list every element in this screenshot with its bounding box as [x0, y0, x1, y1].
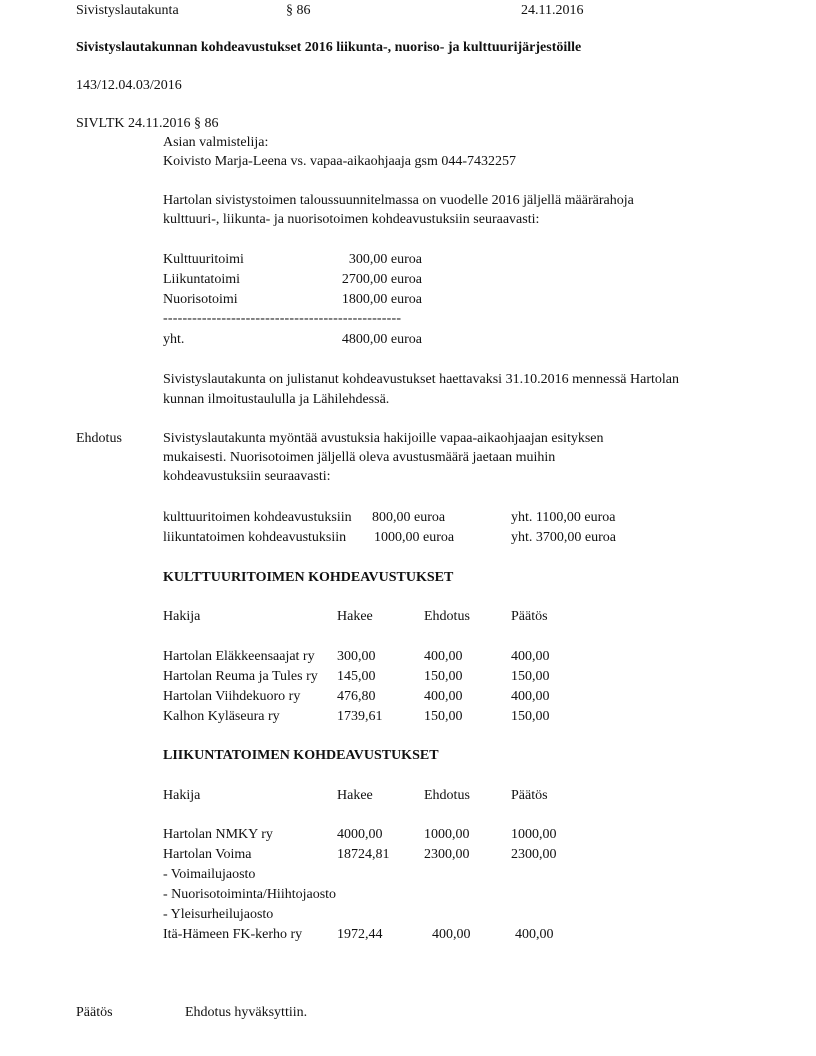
budget-amount: 1800,00 euroa	[300, 290, 422, 310]
column-header-proposal: Ehdotus	[424, 607, 470, 627]
intro-line-1: Hartolan sivistystoimen taloussuunnitelm…	[163, 191, 634, 211]
cell-proposal: 2300,00	[424, 845, 470, 865]
intro-line-2: kulttuuri-, liikunta- ja nuorisotoimen k…	[163, 210, 539, 230]
document-title: Sivistyslautakunnan kohdeavustukset 2016…	[76, 38, 581, 58]
cell-applicant: Hartolan Reuma ja Tules ry	[163, 667, 318, 687]
cell-applicant: Hartolan Eläkkeensaajat ry	[163, 647, 315, 667]
cell-decision: 400,00	[511, 647, 550, 667]
budget-total-amount: 4800,00 euroa	[300, 330, 422, 350]
cell-applicant: Hartolan NMKY ry	[163, 825, 273, 845]
allocation-total: yht. 1100,00 euroa	[511, 508, 615, 528]
announcement-line-2: kunnan ilmoitustaululla ja Lähilehdessä.	[163, 390, 389, 410]
header-date: 24.11.2016	[521, 1, 583, 21]
announcement-line-1: Sivistyslautakunta on julistanut kohdeav…	[163, 370, 679, 390]
cell-proposal: 150,00	[424, 667, 463, 687]
column-header-decision: Päätös	[511, 786, 548, 806]
culture-heading: KULTTUURITOIMEN KOHDEAVUSTUKSET	[163, 568, 453, 588]
cell-requested: 476,80	[337, 687, 376, 707]
allocation-target: liikuntatoimen kohdeavustuksiin	[163, 528, 346, 548]
sports-heading: LIIKUNTATOIMEN KOHDEAVUSTUKSET	[163, 746, 439, 766]
cell-decision: 400,00	[515, 925, 554, 945]
proposal-line-3: kohdeavustuksiin seuraavasti:	[163, 467, 331, 487]
proposal-line-2: mukaisesti. Nuorisotoimen jäljellä oleva…	[163, 448, 555, 468]
cell-proposal: 400,00	[424, 647, 463, 667]
allocation-amount: 800,00 euroa	[372, 508, 445, 528]
cell-requested: 1739,61	[337, 707, 383, 727]
diary-number: 143/12.04.03/2016	[76, 76, 182, 96]
column-header-requested: Hakee	[337, 786, 373, 806]
proposal-label: Ehdotus	[76, 429, 122, 449]
budget-label: Nuorisotoimi	[163, 290, 238, 310]
meeting-reference: SIVLTK 24.11.2016 § 86	[76, 114, 218, 134]
budget-label: Kulttuuritoimi	[163, 250, 244, 270]
budget-separator: ----------------------------------------…	[163, 309, 401, 329]
budget-total-label: yht.	[163, 330, 184, 350]
cell-decision: 1000,00	[511, 825, 557, 845]
column-header-decision: Päätös	[511, 607, 548, 627]
cell-applicant: Hartolan Voima	[163, 845, 252, 865]
cell-requested: 1972,44	[337, 925, 383, 945]
budget-amount: 2700,00 euroa	[300, 270, 422, 290]
allocation-target: kulttuuritoimen kohdeavustuksiin	[163, 508, 352, 528]
decision-label: Päätös	[76, 1003, 113, 1023]
cell-decision: 400,00	[511, 687, 550, 707]
cell-requested: 145,00	[337, 667, 376, 687]
column-header-applicant: Hakija	[163, 607, 200, 627]
sub-item: - Yleisurheilujaosto	[163, 905, 273, 925]
sub-item: - Nuorisotoiminta/Hiihtojaosto	[163, 885, 336, 905]
column-header-proposal: Ehdotus	[424, 786, 470, 806]
header-organ: Sivistyslautakunta	[76, 1, 179, 21]
cell-proposal: 1000,00	[424, 825, 470, 845]
preparer-name: Koivisto Marja-Leena vs. vapaa-aikaohjaa…	[163, 152, 516, 172]
allocation-amount: 1000,00 euroa	[374, 528, 454, 548]
cell-requested: 300,00	[337, 647, 376, 667]
column-header-applicant: Hakija	[163, 786, 200, 806]
header-section: § 86	[286, 1, 311, 21]
cell-decision: 2300,00	[511, 845, 557, 865]
proposal-line-1: Sivistyslautakunta myöntää avustuksia ha…	[163, 429, 604, 449]
allocation-total: yht. 3700,00 euroa	[511, 528, 616, 548]
cell-decision: 150,00	[511, 707, 550, 727]
column-header-requested: Hakee	[337, 607, 373, 627]
cell-applicant: Kalhon Kyläseura ry	[163, 707, 280, 727]
decision-text: Ehdotus hyväksyttiin.	[185, 1003, 307, 1023]
cell-proposal: 400,00	[424, 687, 463, 707]
cell-applicant: Itä-Hämeen FK-kerho ry	[163, 925, 302, 945]
preparer-label: Asian valmistelija:	[163, 133, 268, 153]
cell-requested: 18724,81	[337, 845, 390, 865]
budget-label: Liikuntatoimi	[163, 270, 240, 290]
cell-applicant: Hartolan Viihdekuoro ry	[163, 687, 300, 707]
cell-proposal: 150,00	[424, 707, 463, 727]
cell-requested: 4000,00	[337, 825, 383, 845]
cell-proposal: 400,00	[432, 925, 471, 945]
budget-amount: 300,00 euroa	[300, 250, 422, 270]
sub-item: - Voimailujaosto	[163, 865, 255, 885]
cell-decision: 150,00	[511, 667, 550, 687]
